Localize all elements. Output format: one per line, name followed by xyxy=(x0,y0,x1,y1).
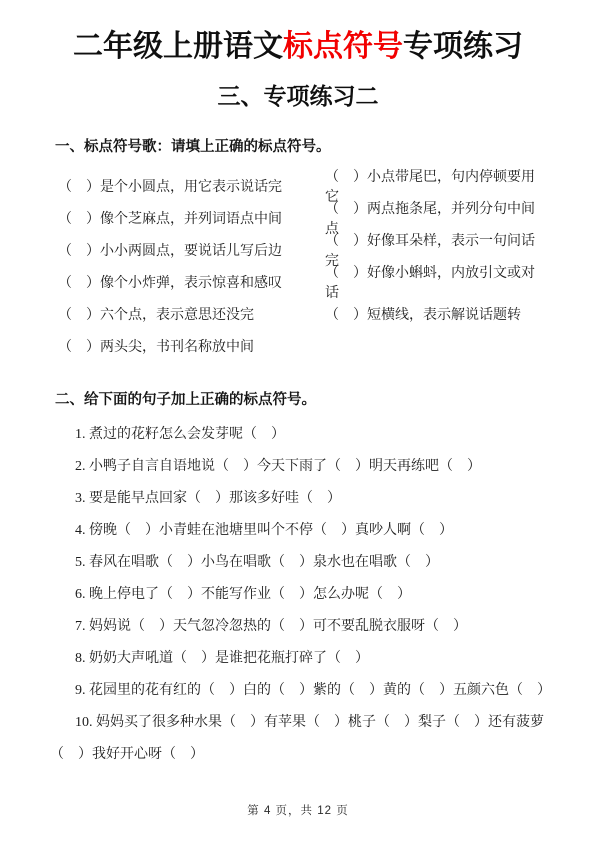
title-suffix: 专项练习 xyxy=(403,30,523,63)
sentence-item: 3. 要是能早点回家（ ）那该多好哇（ ） xyxy=(50,483,546,515)
page-title: 二年级上册语文标点符号专项练习 xyxy=(50,28,546,66)
song-line: （ ）像个芝麻点，并列词语点中间 xyxy=(58,208,325,228)
sentence-item: 2. 小鸭子自言自语地说（ ）今天下雨了（ ）明天再练吧（ ） xyxy=(50,451,546,483)
title-prefix: 二年级上册语文 xyxy=(73,30,283,63)
section2-items: 1. 煮过的花籽怎么会发芽呢（ ） 2. 小鸭子自言自语地说（ ）今天下雨了（ … xyxy=(50,419,546,771)
sentence-item: 6. 晚上停电了（ ）不能写作业（ ）怎么办呢（ ） xyxy=(50,579,546,611)
song-line: （ ）短横线，表示解说话题转 xyxy=(325,304,546,324)
sentence-item: 7. 妈妈说（ ）天气忽冷忽热的（ ）可不要乱脱衣服呀（ ） xyxy=(50,611,546,643)
song-line: （ ）好像小蝌蚪，内放引文或对话 xyxy=(325,262,546,302)
sentence-item: 5. 春风在唱歌（ ）小鸟在唱歌（ ）泉水也在唱歌（ ） xyxy=(50,547,546,579)
song-line: （ ）两头尖，书刊名称放中间 xyxy=(58,336,325,356)
page-subtitle: 三、专项练习二 xyxy=(50,78,546,111)
section1-heading: 一、标点符号歌：请填上正确的标点符号。 xyxy=(55,135,546,156)
song-line: （ ）像个小炸弹，表示惊喜和感叹 xyxy=(58,272,325,292)
sentence-item: 9. 花园里的花有红的（ ）白的（ ）紫的（ ）黄的（ ）五颜六色（ ） xyxy=(50,675,546,707)
title-highlight: 标点符号 xyxy=(283,30,403,63)
sentence-item: 1. 煮过的花籽怎么会发芽呢（ ） xyxy=(50,419,546,451)
sentence-item: 4. 傍晚（ ）小青蛙在池塘里叫个不停（ ）真吵人啊（ ） xyxy=(50,515,546,547)
song-row: （ ）六个点，表示意思还没完 （ ）短横线，表示解说话题转 xyxy=(58,298,546,330)
song-line: （ ）是个小圆点，用它表示说话完 xyxy=(58,176,325,196)
song-row: （ ）像个小炸弹，表示惊喜和感叹 （ ）好像小蝌蚪，内放引文或对话 xyxy=(58,266,546,298)
worksheet-page: 二年级上册语文标点符号专项练习 三、专项练习二 一、标点符号歌：请填上正确的标点… xyxy=(0,0,596,842)
song-line: （ ）小小两圆点，要说话儿写后边 xyxy=(58,240,325,260)
sentence-item: 10. 妈妈买了很多种水果（ ）有苹果（ ）桃子（ ）梨子（ ）还有菠萝（ ）我… xyxy=(50,707,546,771)
section2-heading: 二、给下面的句子加上正确的标点符号。 xyxy=(55,388,546,409)
song-row: （ ）两头尖，书刊名称放中间 xyxy=(58,330,546,362)
page-number: 第 4 页，共 12 页 xyxy=(0,802,596,818)
sentence-item: 8. 奶奶大声吼道（ ）是谁把花瓶打碎了（ ） xyxy=(50,643,546,675)
section1-rows: （ ）是个小圆点，用它表示说话完 （ ）小点带尾巴，句内停顿要用它 （ ）像个芝… xyxy=(58,170,546,362)
song-line: （ ）六个点，表示意思还没完 xyxy=(58,304,325,324)
